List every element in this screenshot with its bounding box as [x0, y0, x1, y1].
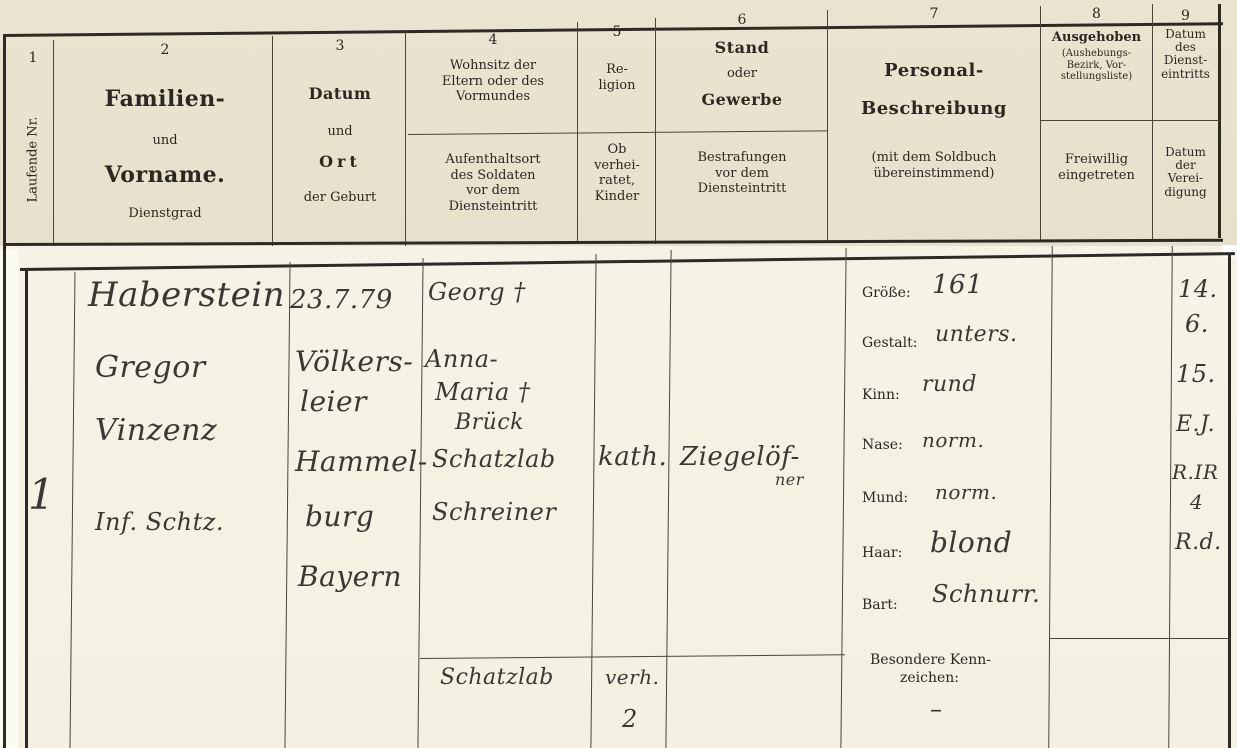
entry-parents-residence-1: Georg † — [428, 278, 526, 306]
entry-surname: Haberstein — [88, 275, 285, 315]
col4-top-line: Eltern oder des — [408, 74, 578, 90]
col8-bottom: Freiwillig eingetreten — [1041, 152, 1152, 183]
value-nase: norm. — [922, 428, 984, 452]
entry-birth-place-4: burg — [305, 500, 374, 533]
entry-first-name-1: Gregor — [95, 350, 206, 385]
col4-bottom-line: des Soldaten — [408, 168, 578, 184]
col5-top-line: Re- — [578, 62, 656, 78]
col1-label: Laufende Nr. — [26, 105, 41, 215]
col7-title2: Beschreibung — [828, 98, 1040, 120]
label-special-marks-1: Besondere Kenn- — [870, 652, 991, 668]
entry-birth-place-2: leier — [300, 385, 367, 418]
col4-number: 4 — [408, 32, 578, 49]
col9-number: 9 — [1153, 8, 1218, 25]
col6-bottom-line: Diensteintritt — [656, 181, 828, 197]
entry-marital-status: verh. — [605, 665, 659, 689]
body-right-border — [1228, 255, 1231, 748]
col4-top: Wohnsitz der Eltern oder des Vormundes — [408, 58, 578, 105]
label-gestalt: Gestalt: — [862, 335, 917, 351]
col9-bottom-line: digung — [1153, 186, 1218, 199]
col8-sub-line: (Aushebungs- — [1041, 48, 1152, 60]
entry-children: 2 — [622, 705, 638, 733]
col6-top-title2: Gewerbe — [656, 90, 828, 109]
col9-bottom: Datum der Verei- digung — [1153, 146, 1218, 199]
service-entry-month: 6. — [1185, 310, 1209, 338]
entry-birth-place-3: Hammel- — [295, 445, 428, 478]
label-kinn: Kinn: — [862, 387, 900, 403]
col9-bottom-line: Verei- — [1153, 172, 1218, 185]
entry-parents-residence-6: Schreiner — [432, 498, 556, 526]
col6-number: 6 — [656, 12, 828, 29]
entry-birth-place-5: Bayern — [298, 560, 402, 593]
col8-number: 8 — [1041, 6, 1152, 23]
col5-bottom-line: ratet, — [578, 173, 656, 189]
col3-title2: Ort — [275, 152, 405, 171]
unit-line-3: 4 — [1190, 490, 1203, 514]
value-bart: Schnurr. — [932, 580, 1040, 608]
label-nase: Nase: — [862, 437, 903, 453]
col5-bottom-line: verhei- — [578, 158, 656, 174]
col6-bottom-line: vor dem — [656, 166, 828, 182]
header-mid-rule-right — [1040, 120, 1220, 121]
label-haar: Haar: — [862, 545, 902, 561]
entry-running-number: 1 — [28, 470, 55, 519]
entry-religion: kath. — [598, 442, 667, 472]
col4-bottom: Aufenthaltsort des Soldaten vor dem Dien… — [408, 152, 578, 214]
right-border — [1218, 4, 1221, 238]
label-special-marks-2: zeichen: — [900, 670, 959, 686]
col6-top-middle: oder — [656, 66, 828, 82]
col4-top-line: Vormundes — [408, 89, 578, 105]
value-special-marks: – — [930, 695, 943, 723]
col8-sub-line: Bezirk, Vor- — [1041, 60, 1152, 72]
col5-bottom-line: Ob — [578, 142, 656, 158]
entry-parents-residence-4: Brück — [455, 410, 524, 435]
col6-bottom: Bestrafungen vor dem Diensteintritt — [656, 150, 828, 197]
col-divider — [53, 40, 54, 245]
body-mid-rule-right — [1050, 638, 1230, 639]
col9-top-line: eintritts — [1153, 68, 1218, 81]
service-entry-day: 14. — [1178, 275, 1218, 303]
col2-title: Familien- — [60, 86, 270, 112]
col5-top-line: ligion — [578, 78, 656, 94]
col8-bottom-line: Freiwillig — [1041, 152, 1152, 168]
col5-bottom-line: Kinder — [578, 189, 656, 205]
col-divider — [272, 36, 273, 246]
label-bart: Bart: — [862, 597, 898, 613]
col2-middle: und — [60, 133, 270, 149]
col7-number: 7 — [828, 6, 1040, 23]
value-groesse: 161 — [932, 270, 983, 300]
label-groesse: Größe: — [862, 285, 911, 301]
entry-birth-date: 23.7.79 — [290, 285, 393, 315]
label-mund: Mund: — [862, 490, 908, 506]
col7-title: Personal- — [828, 60, 1040, 82]
entry-birth-place-1: Völkers- — [295, 345, 413, 378]
col3-title: Datum — [275, 84, 405, 103]
col4-bottom-line: Aufenthaltsort — [408, 152, 578, 168]
entry-parents-residence-5: Schatzlab — [432, 445, 556, 473]
col1-number: 1 — [18, 50, 48, 67]
col8-top-title: Ausgehoben — [1041, 30, 1152, 46]
col5-number: 5 — [578, 24, 656, 41]
unit-line-2: R.IR — [1172, 460, 1218, 484]
col8-sub-line: stellungsliste) — [1041, 71, 1152, 83]
col6-top-title: Stand — [656, 38, 828, 57]
col4-bottom-line: vor dem — [408, 183, 578, 199]
col8-top-sub: (Aushebungs- Bezirk, Vor- stellungsliste… — [1041, 48, 1152, 83]
col3-number: 3 — [275, 38, 405, 55]
col7-sub-line: (mit dem Soldbuch — [828, 150, 1040, 166]
oath-note: R.d. — [1175, 530, 1222, 555]
col5-bottom: Ob verhei- ratet, Kinder — [578, 142, 656, 204]
col2-number: 2 — [60, 42, 270, 59]
unit-line-1: E.J. — [1176, 412, 1215, 437]
service-entry-year: 15. — [1176, 360, 1216, 388]
left-border — [3, 36, 6, 748]
entry-rank: Inf. Schtz. — [95, 508, 224, 536]
col9-top: Datum des Dienst- eintritts — [1153, 28, 1218, 81]
entry-parents-residence-3: Maria † — [435, 378, 530, 406]
col3-sub: der Geburt — [275, 190, 405, 206]
entry-soldier-residence: Schatzlab — [440, 665, 554, 690]
col7-sub-line: übereinstimmend) — [828, 166, 1040, 182]
col3-middle: und — [275, 124, 405, 140]
col7-sub: (mit dem Soldbuch übereinstimmend) — [828, 150, 1040, 181]
entry-occupation-2: ner — [775, 470, 804, 489]
value-mund: norm. — [935, 480, 997, 504]
entry-parents-residence-2: Anna- — [425, 345, 498, 373]
col6-bottom-line: Bestrafungen — [656, 150, 828, 166]
col-divider — [405, 30, 406, 246]
col2-title2: Vorname. — [60, 162, 270, 188]
col9-top-line: Dienst- — [1153, 54, 1218, 67]
value-kinn: rund — [922, 372, 977, 397]
col5-top: Re- ligion — [578, 62, 656, 93]
col4-bottom-line: Diensteintritt — [408, 199, 578, 215]
col2-sub: Dienstgrad — [60, 206, 270, 222]
col4-top-line: Wohnsitz der — [408, 58, 578, 74]
col8-bottom-line: eingetreten — [1041, 168, 1152, 184]
value-gestalt: unters. — [935, 322, 1018, 347]
entry-occupation-1: Ziegelöf- — [680, 442, 800, 472]
value-haar: blond — [930, 526, 1012, 559]
entry-first-name-2: Vinzenz — [95, 413, 217, 448]
